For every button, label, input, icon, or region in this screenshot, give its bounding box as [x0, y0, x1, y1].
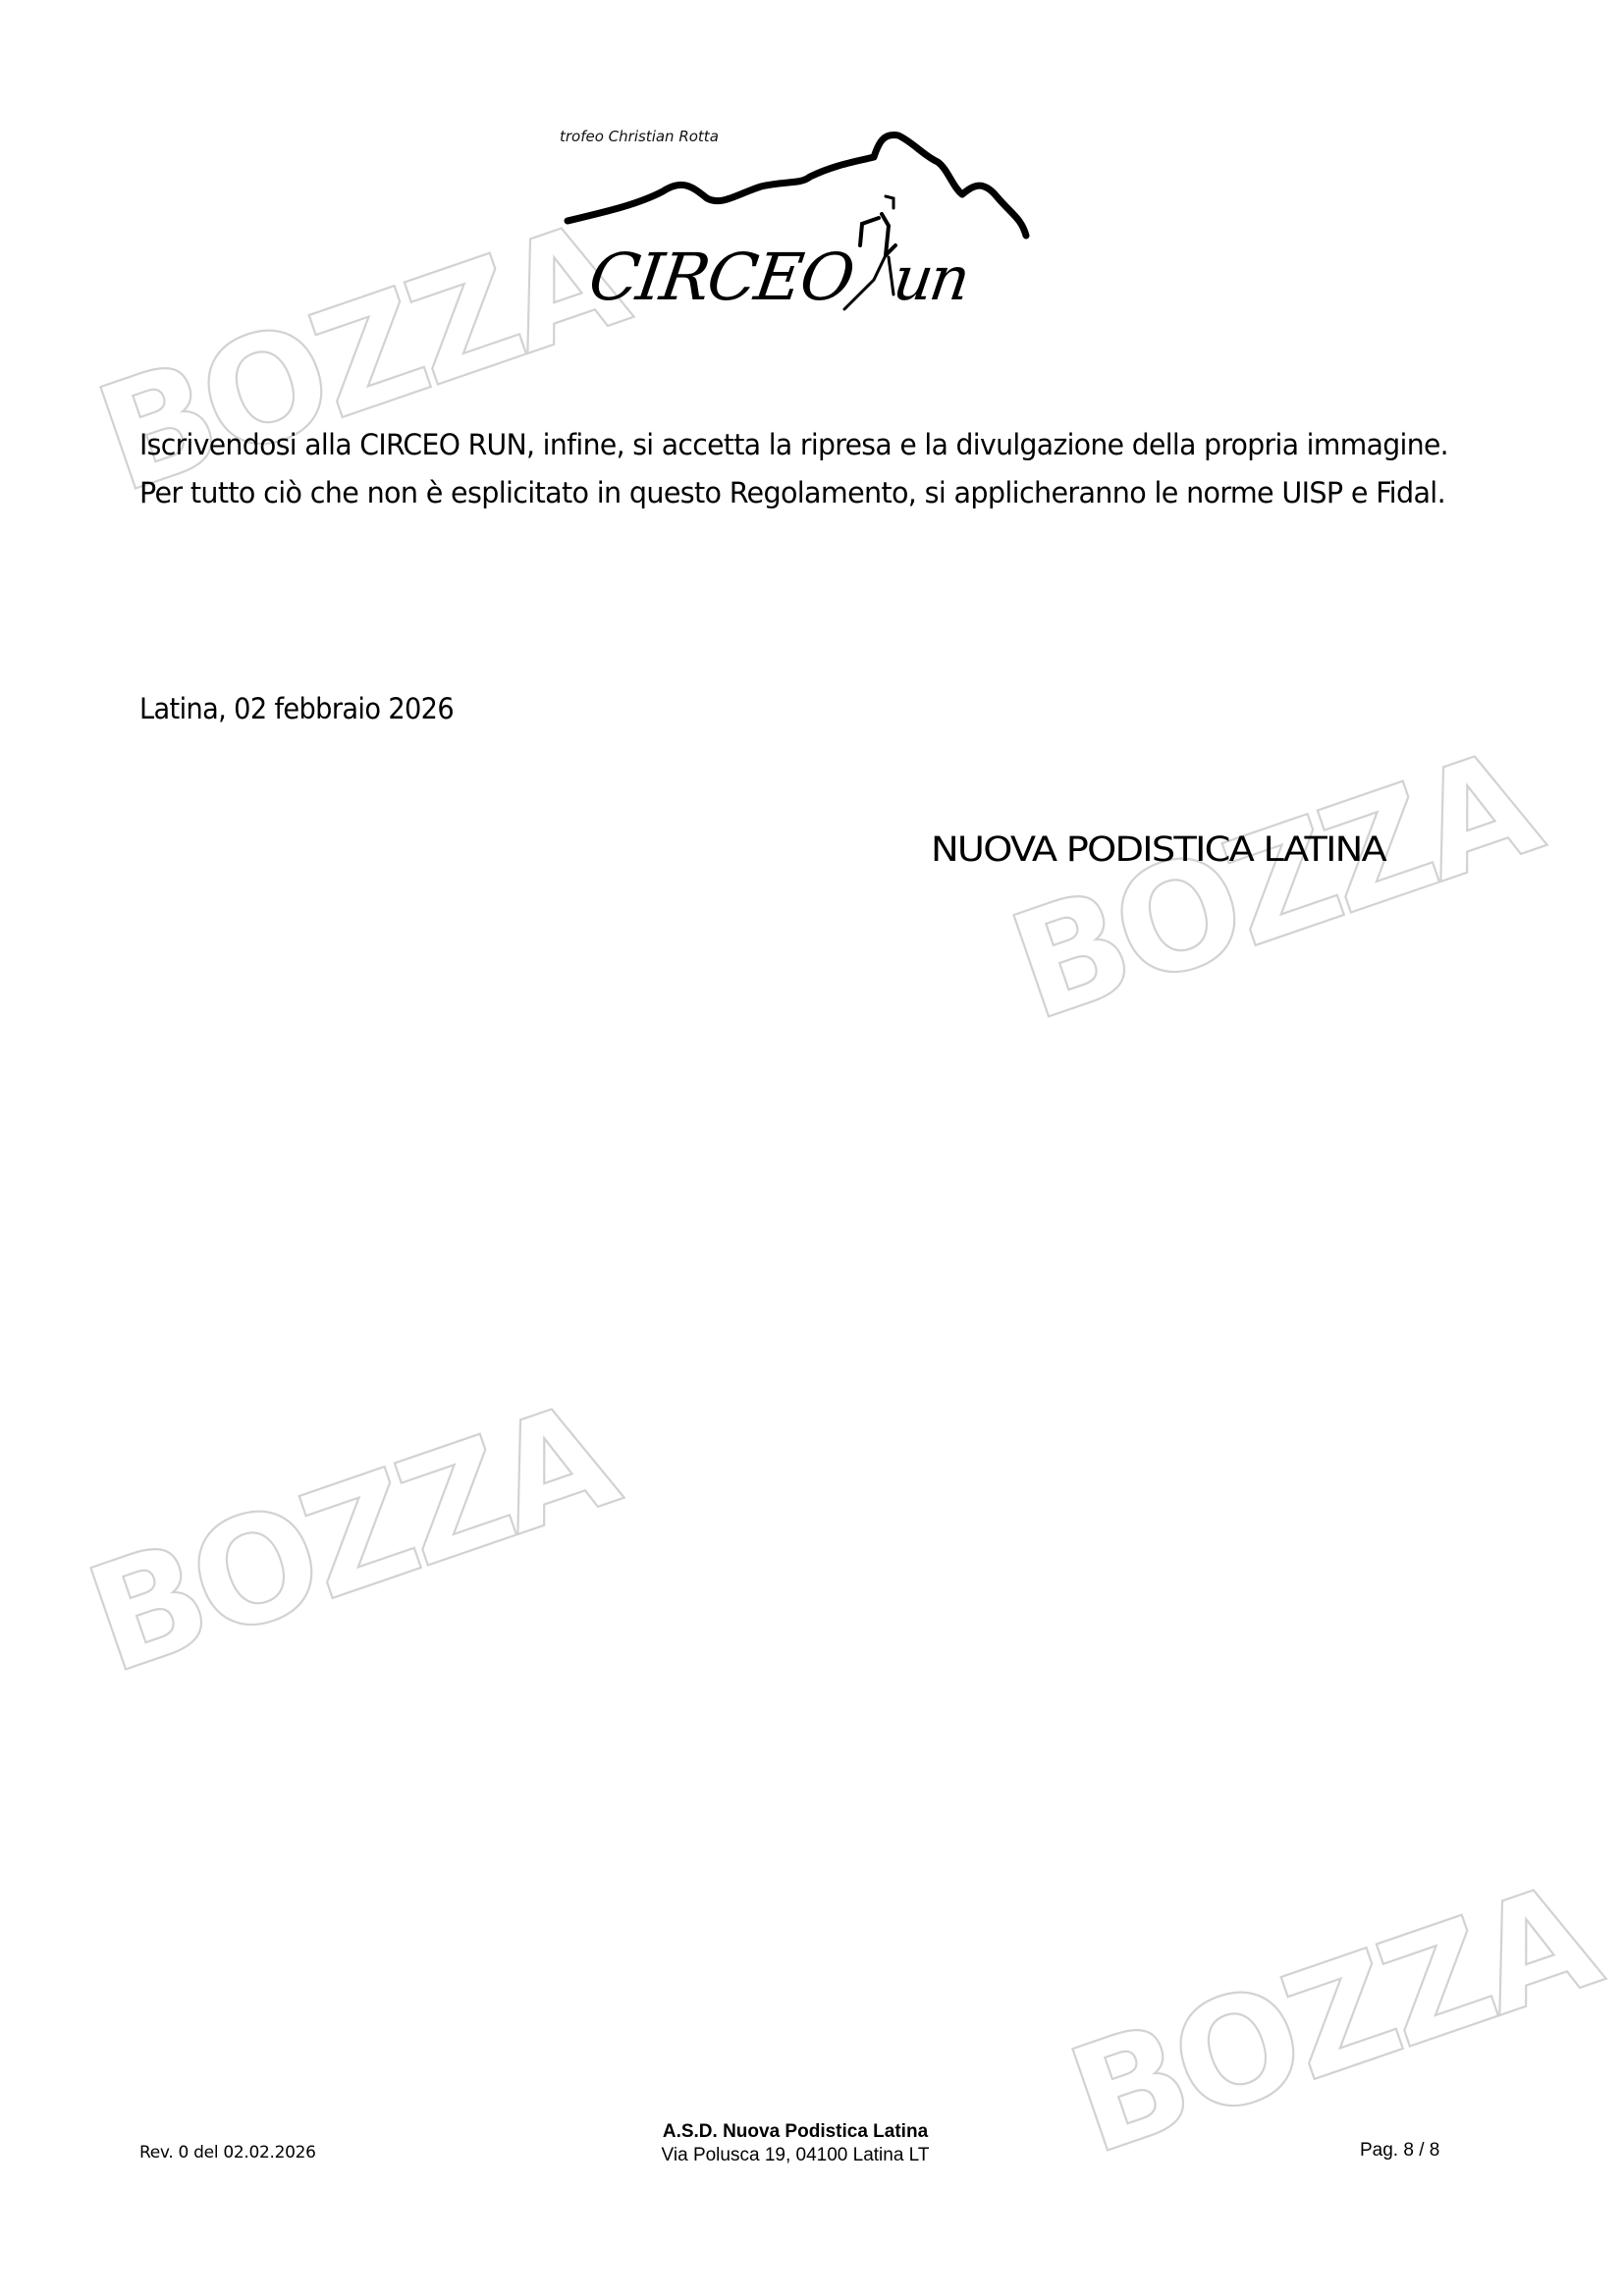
- signature-organization: NUOVA PODISTICA LATINA: [931, 830, 1385, 870]
- svg-text:BOZZA: BOZZA: [992, 717, 1559, 1054]
- svg-text:un: un: [889, 242, 971, 314]
- watermark-bozza: BOZZA: [103, 257, 525, 503]
- footer-organization: A.S.D. Nuova Podistica Latina: [589, 2120, 1001, 2144]
- footer-revision: Rev. 0 del 02.02.2026: [139, 2143, 316, 2163]
- page-number: Pag. 8 / 8: [1360, 2140, 1439, 2162]
- svg-text:BOZZA: BOZZA: [69, 1369, 636, 1707]
- footer-address: Via Polusca 19, 04100 Latina LT: [589, 2144, 1001, 2167]
- document-page: BOZZA BOZZA BOZZA BOZZA trofeo Christian…: [0, 0, 1624, 2296]
- paragraph-image-consent: Iscrivendosi alla CIRCEO RUN, infine, si…: [139, 428, 1448, 461]
- logo-subtitle: trofeo Christian Rotta: [560, 128, 719, 145]
- place-date: Latina, 02 febbraio 2026: [139, 692, 454, 725]
- watermark-bozza: BOZZA: [93, 1438, 515, 1683]
- watermark-bozza: BOZZA: [1016, 785, 1438, 1031]
- circeo-run-logo: trofeo Christian Rotta CIRCEO un: [550, 108, 1080, 324]
- svg-text:CIRCEO: CIRCEO: [584, 239, 858, 315]
- watermark-bozza: BOZZA: [1075, 1919, 1497, 2164]
- footer-organization-block: A.S.D. Nuova Podistica Latina Via Polusc…: [589, 2120, 1001, 2167]
- paragraph-regulations: Per tutto ciò che non è esplicitato in q…: [139, 476, 1445, 509]
- svg-text:BOZZA: BOZZA: [1051, 1850, 1618, 2188]
